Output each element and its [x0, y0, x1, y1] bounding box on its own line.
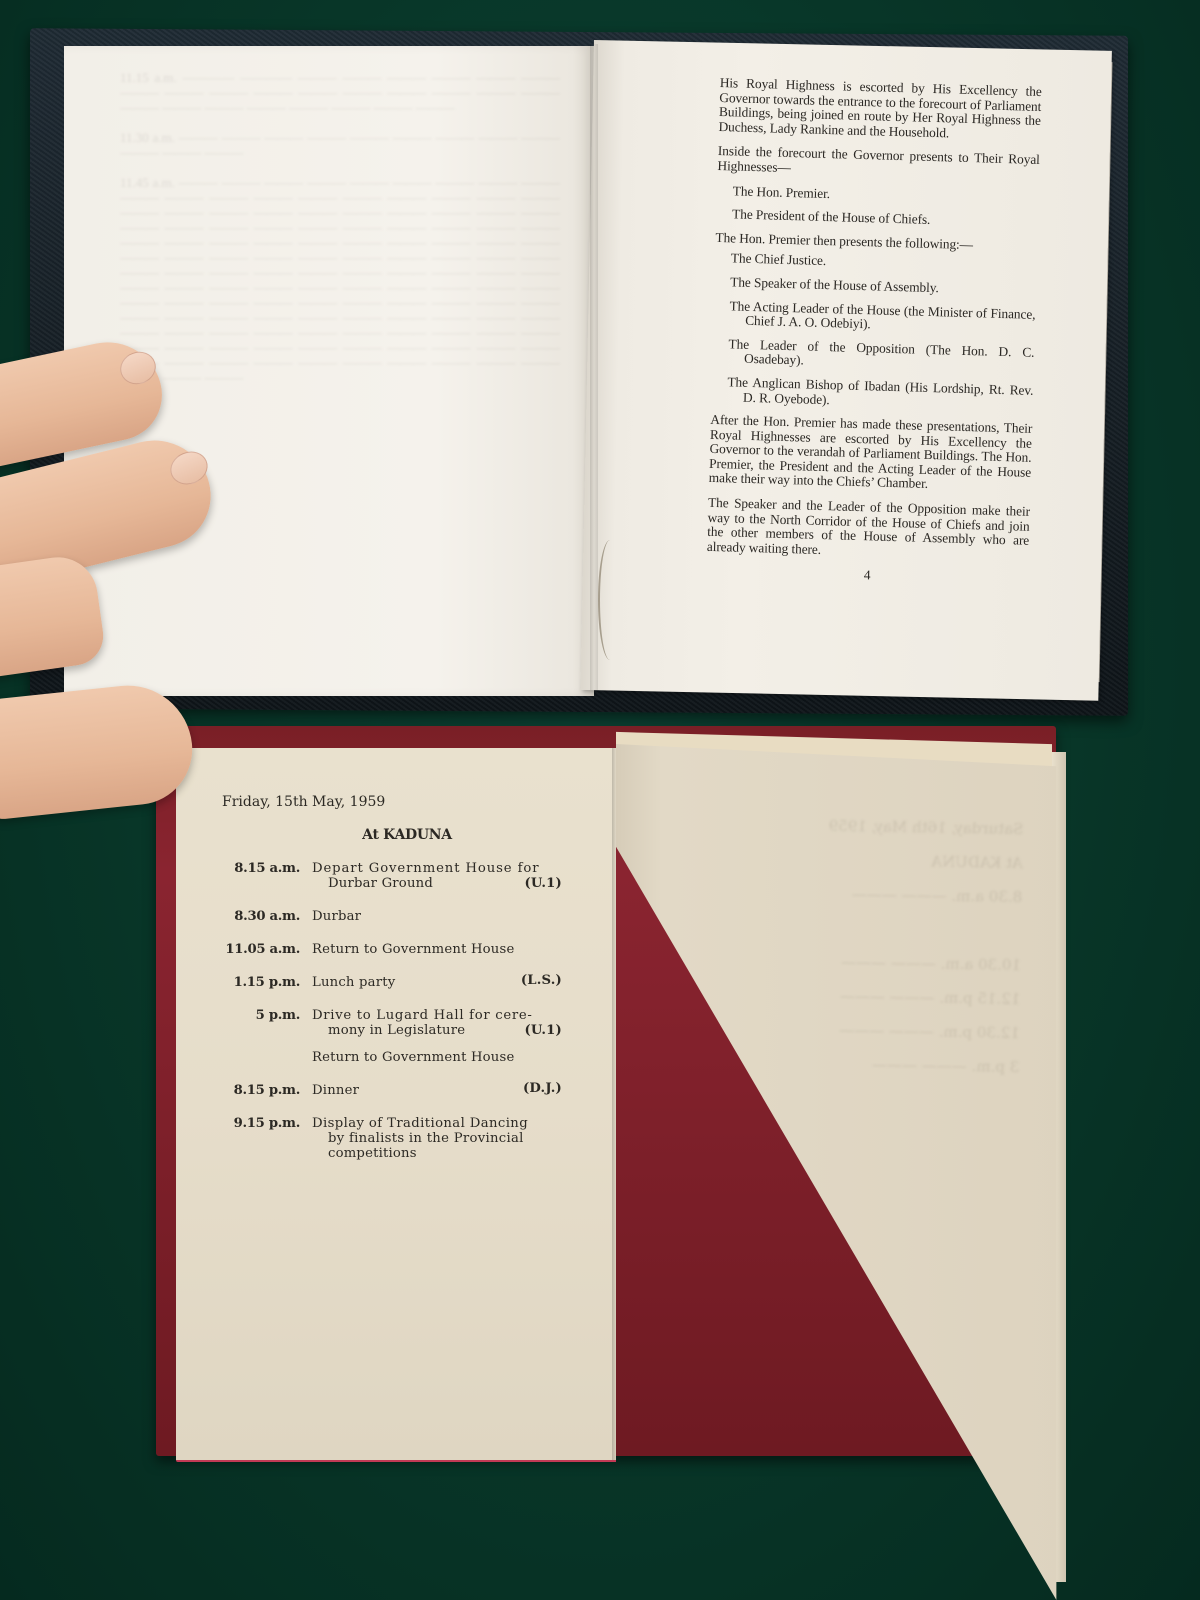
dress-code: (U.1): [524, 876, 562, 891]
event-description: Durbar: [312, 909, 562, 924]
dress-code: (D.J.): [523, 1081, 562, 1096]
schedule: Friday, 15th May, 1959 At KADUNA 8.15 a.…: [222, 795, 562, 1179]
list-item: The Chief Justice.: [731, 252, 1037, 275]
show-through-text: Saturday, 16th May, 1959At KADUNA8.30 a.…: [776, 808, 1023, 1232]
paragraph: His Royal Highness is escorted by His Ex…: [718, 76, 1042, 143]
schedule-date: Friday, 15th May, 1959: [222, 795, 562, 810]
premier-presents-list: The Chief Justice. The Speaker of the Ho…: [727, 252, 1037, 413]
event-time: 8.15 p.m.: [222, 1083, 312, 1098]
event-line: Display of Traditional Dancing: [312, 1116, 562, 1131]
schedule-row: 8.15 p.m. Dinner (D.J.): [222, 1083, 562, 1098]
event-line: competitions: [312, 1146, 562, 1161]
event-time: 1.15 p.m.: [222, 975, 312, 990]
paragraph: After the Hon. Premier has made these pr…: [709, 413, 1033, 495]
event-time: 5 p.m.: [222, 1008, 312, 1038]
event-time: 8.30 a.m.: [222, 909, 312, 924]
list-item: The Hon. Premier.: [733, 184, 1039, 207]
event-line: Drive to Lugard Hall for cere-: [312, 1008, 562, 1023]
event-time: 9.15 p.m.: [222, 1116, 312, 1161]
event-description: Lunch party (L.S.): [312, 975, 562, 990]
event-line: by finalists in the Provincial: [312, 1131, 562, 1146]
book-gutter: [590, 44, 598, 690]
event-line: Durbar: [312, 909, 562, 924]
schedule-row: 9.15 p.m. Display of Traditional Dancing…: [222, 1116, 562, 1161]
ceremony-text: His Royal Highness is escorted by His Ex…: [706, 76, 1042, 588]
event-time: [222, 1050, 312, 1065]
governor-presents-list: The Hon. Premier. The President of the H…: [732, 184, 1039, 231]
event-description: Drive to Lugard Hall for cere- mony in L…: [312, 1008, 562, 1038]
event-line: Return to Government House: [312, 1050, 562, 1065]
binding-thread: [598, 540, 622, 660]
list-item: The President of the House of Chiefs.: [732, 208, 1038, 231]
event-time: 11.05 a.m.: [222, 942, 312, 957]
schedule-row: 8.15 a.m. Depart Government House for Du…: [222, 861, 562, 891]
event-description: Depart Government House for Durbar Groun…: [312, 861, 562, 891]
paragraph: Inside the forecourt the Governor presen…: [717, 144, 1040, 182]
show-through-text: 11.15 a.m. ———— ———— ——— ——— ——— ——— ———…: [120, 70, 560, 630]
schedule-row: 1.15 p.m. Lunch party (L.S.): [222, 975, 562, 990]
event-time: 8.15 a.m.: [222, 861, 312, 891]
list-item: The Speaker of the House of Assembly.: [730, 275, 1036, 298]
list-item: The Leader of the Opposition (The Hon. D…: [728, 337, 1035, 375]
event-description: Return to Government House: [312, 942, 562, 957]
event-description: Return to Government House: [312, 1050, 562, 1065]
paragraph: The Speaker and the Leader of the Opposi…: [707, 496, 1031, 563]
list-item: The Anglican Bishop of Ibadan (His Lords…: [727, 375, 1034, 413]
event-description: Dinner (D.J.): [312, 1083, 562, 1098]
schedule-location: At KADUNA: [222, 828, 562, 843]
schedule-row: 8.30 a.m. Durbar: [222, 909, 562, 924]
event-line: Return to Government House: [312, 942, 562, 957]
dress-code: (L.S.): [521, 973, 562, 988]
event-line: Depart Government House for: [312, 861, 562, 876]
schedule-row: 5 p.m. Drive to Lugard Hall for cere- mo…: [222, 1008, 562, 1038]
list-item: The Acting Leader of the House (the Mini…: [729, 299, 1036, 337]
schedule-row: Return to Government House: [222, 1050, 562, 1065]
schedule-row: 11.05 a.m. Return to Government House: [222, 942, 562, 957]
dress-code: (U.1): [524, 1023, 562, 1038]
event-description: Display of Traditional Dancing by finali…: [312, 1116, 562, 1161]
book-gutter: [612, 748, 616, 1460]
